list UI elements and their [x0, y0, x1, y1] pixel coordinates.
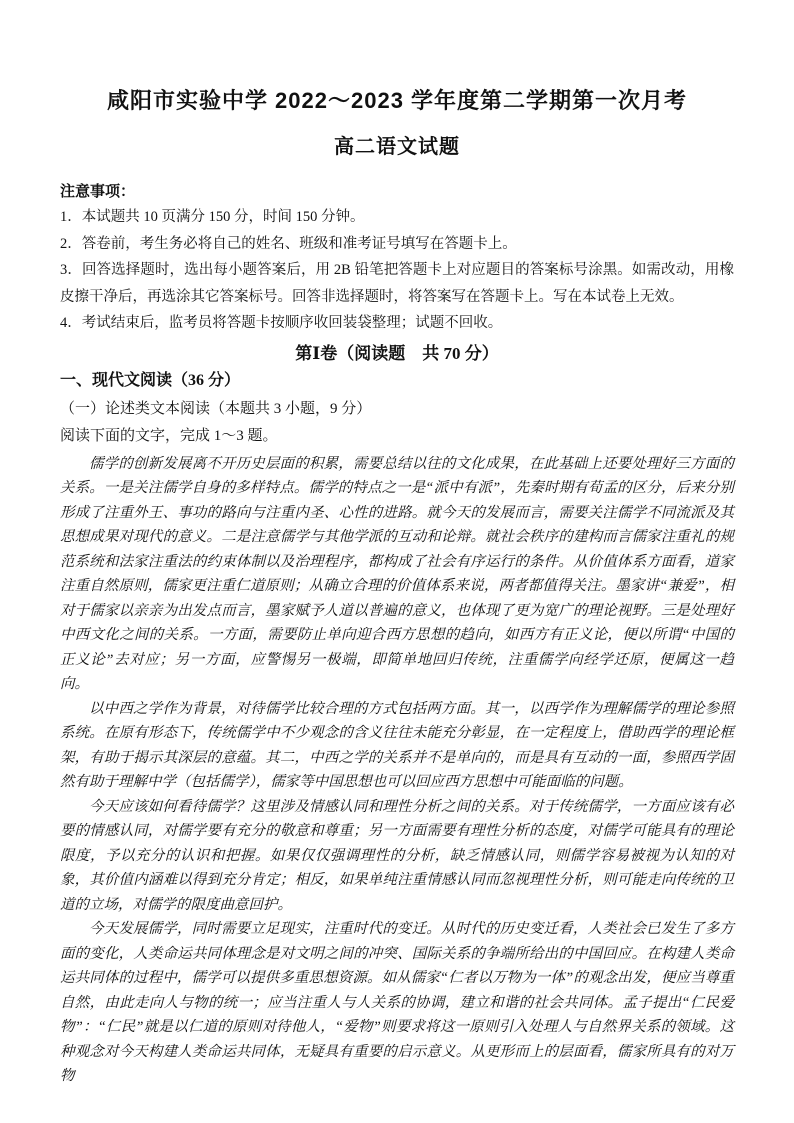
- page-subtitle: 高二语文试题: [60, 133, 734, 161]
- volume-title: 第Ⅰ卷（阅读题 共 70 分）: [60, 340, 734, 367]
- notice-item-4: 4．考试结束后，监考员将答题卡按顺序收回装袋整理；试题不回收。: [60, 310, 734, 337]
- passage-paragraph-4: 今天发展儒学，同时需要立足现实，注重时代的变迁。从时代的历史变迁看，人类社会已发…: [60, 917, 734, 1089]
- exam-paper-page: 咸阳市实验中学 2022～2023 学年度第二学期第一次月考 高二语文试题 注意…: [0, 0, 794, 1123]
- reading-instruction: 阅读下面的文字，完成 1～3 题。: [60, 423, 734, 450]
- notice-item-3: 3．回答选择题时，选出每小题答案后，用 2B 铅笔把答题卡上对应题目的答案标号涂…: [60, 257, 734, 310]
- reading-passage: 儒学的创新发展离不开历史层面的积累，需要总结以往的文化成果，在此基础上还要处理好…: [60, 452, 734, 1089]
- passage-paragraph-2: 以中西之学作为背景，对待儒学比较合理的方式包括两方面。其一，以西学作为理解儒学的…: [60, 697, 734, 795]
- notice-item-1: 1．本试题共 10 页满分 150 分，时间 150 分钟。: [60, 204, 734, 231]
- notice-heading: 注意事项：: [60, 180, 734, 204]
- subsection-title-argumentative-text: （一）论述类文本阅读（本题共 3 小题，9 分）: [60, 395, 734, 423]
- section-title-modern-reading: 一、现代文阅读（36 分）: [60, 367, 734, 395]
- notice-item-2: 2．答卷前，考生务必将自己的姓名、班级和准考证号填写在答题卡上。: [60, 231, 734, 258]
- passage-paragraph-1: 儒学的创新发展离不开历史层面的积累，需要总结以往的文化成果，在此基础上还要处理好…: [60, 452, 734, 697]
- passage-paragraph-3: 今天应该如何看待儒学？这里涉及情感认同和理性分析之间的关系。对于传统儒学，一方面…: [60, 795, 734, 918]
- notice-list: 1．本试题共 10 页满分 150 分，时间 150 分钟。 2．答卷前，考生务…: [60, 204, 734, 337]
- page-title: 咸阳市实验中学 2022～2023 学年度第二学期第一次月考: [60, 86, 734, 116]
